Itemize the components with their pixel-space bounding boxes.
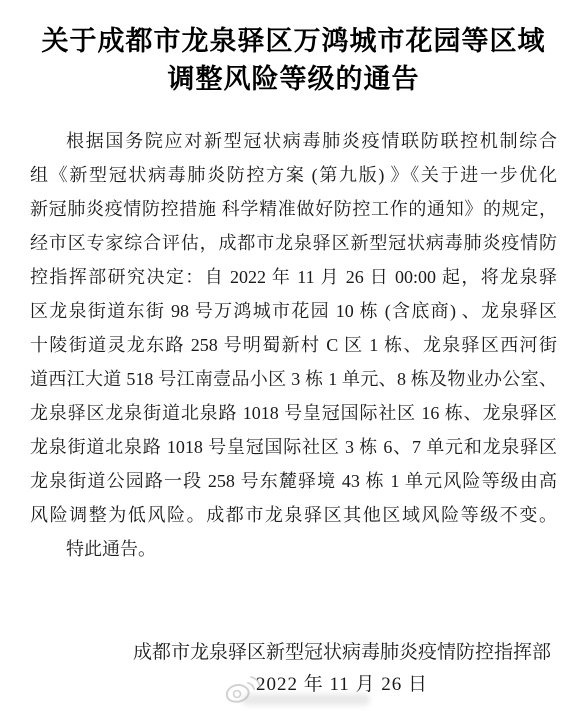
notice-footer: 成都市龙泉驿区新型冠状病毒肺炎疫情防控指挥部 2022 年 11 月 26 日: [30, 638, 557, 701]
notice-document: 关于成都市龙泉驿区万鸿城市花园等区域 调整风险等级的通告 根据国务院应对新型冠状…: [0, 0, 587, 711]
notice-title-line-1: 关于成都市龙泉驿区万鸿城市花园等区域: [30, 22, 557, 60]
body-closing-line: 特此通告。: [30, 532, 557, 566]
body-line: 十陵街道灵龙东路 258 号明蜀新村 C 区 1 栋、龙泉驿区西河街: [30, 328, 557, 362]
body-line: 区龙泉街道东街 98 号万鸿城市花园 10 栋 (含底商) 、龙泉驿区: [30, 294, 557, 328]
body-line: 龙泉街道北泉路 1018 号皇冠国际社区 3 栋 6、7 单元和龙泉驿区: [30, 430, 557, 464]
body-line: 龙泉街道公园路一段 258 号东麓驿境 43 栋 1 单元风险等级由高: [30, 464, 557, 498]
signature-block: 成都市龙泉驿区新型冠状病毒肺炎疫情防控指挥部 2022 年 11 月 26 日: [133, 638, 551, 701]
body-line: 道西江大道 518 号江南壹品小区 3 栋 1 单元、8 栋及物业办公室、: [30, 362, 557, 396]
body-line: 新冠肺炎疫情防控措施 科学精准做好防控工作的通知》的规定，: [30, 192, 557, 226]
body-line: 龙泉驿区龙泉街道北泉路 1018 号皇冠国际社区 16 栋、龙泉驿区: [30, 396, 557, 430]
issuer-signature: 成都市龙泉驿区新型冠状病毒肺炎疫情防控指挥部: [133, 638, 551, 668]
notice-content: 关于成都市龙泉驿区万鸿城市花园等区域 调整风险等级的通告 根据国务院应对新型冠状…: [0, 22, 587, 701]
body-line: 控指挥部研究决定：自 2022 年 11 月 26 日 00:00 起，将龙泉驿: [30, 260, 557, 294]
body-line: 根据国务院应对新型冠状病毒肺炎疫情联防联控机制综合: [30, 124, 557, 158]
notice-date: 2022 年 11 月 26 日: [133, 668, 551, 701]
notice-title: 关于成都市龙泉驿区万鸿城市花园等区域 调整风险等级的通告: [30, 22, 557, 98]
notice-title-line-2: 调整风险等级的通告: [30, 60, 557, 98]
body-line: 经市区专家综合评估，成都市龙泉驿区新型冠状病毒肺炎疫情防: [30, 226, 557, 260]
body-line: 组《新型冠状病毒肺炎防控方案 (第九版) 》《关于进一步优化: [30, 158, 557, 192]
notice-body: 根据国务院应对新型冠状病毒肺炎疫情联防联控机制综合 组《新型冠状病毒肺炎防控方案…: [30, 124, 557, 566]
body-line: 风险调整为低风险。成都市龙泉驿区其他区域风险等级不变。: [30, 498, 557, 532]
